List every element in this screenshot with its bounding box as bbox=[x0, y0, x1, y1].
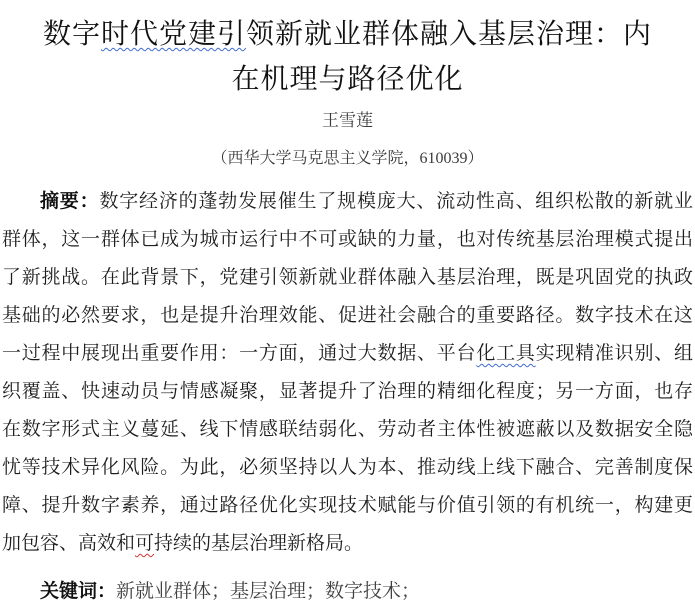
keywords-text: 新就业群体；基层治理；数字技术； bbox=[116, 581, 420, 602]
paper-title-line-1: 数字时代党建引领新就业群体融入基层治理：内 bbox=[0, 12, 695, 57]
abstract-line: 了新挑战。在此背景下，党建引领新就业群体融入基层治理，既是巩固党的执政 bbox=[2, 259, 693, 297]
text-segment: 忧等技术异化风险。为此，必须坚持以人为本、推动线上线下融合、完善制度保 bbox=[2, 457, 693, 478]
spellcheck-underline-text: 可 bbox=[135, 533, 154, 554]
document-page[interactable]: 数字时代党建引领新就业群体融入基层治理：内 在机理与路径优化 王雪莲 （西华大学… bbox=[0, 0, 695, 616]
bold-text-segment: 摘要： bbox=[40, 191, 99, 212]
spellcheck-underline-text: 化工具 bbox=[476, 343, 535, 364]
keywords-label: 关键词： bbox=[40, 581, 116, 602]
author-affiliation: （西华大学马克思主义学院，610039） bbox=[0, 147, 695, 171]
abstract-line: 摘要：数字经济的蓬勃发展催生了规模庞大、流动性高、组织松散的新就业 bbox=[2, 183, 693, 221]
abstract-line: 加包容、高效和可持续的基层治理新格局。 bbox=[2, 525, 693, 563]
text-segment: 领新就业群体融入基层治理：内 bbox=[246, 19, 652, 50]
text-segment: 障、提升数字素养，通过路径优化实现技术赋能与价值引领的有机统一，构建更 bbox=[2, 495, 693, 516]
text-segment: 织覆盖、快速动员与情感凝聚，显著提升了治理的精细化程度；另一方面，也存 bbox=[2, 381, 693, 402]
text-segment: 数字 bbox=[43, 19, 101, 50]
text-segment: 一过程中展现出重要作用：一方面，通过大数据、平台 bbox=[2, 343, 476, 364]
paper-title-line-2: 在机理与路径优化 bbox=[0, 57, 695, 102]
text-segment: 加包容、高效和 bbox=[2, 533, 135, 554]
abstract-line: 在数字形式主义蔓延、线下情感联结弱化、劳动者主体性被遮蔽以及数据安全隐 bbox=[2, 411, 693, 449]
abstract-line: 群体，这一群体已成为城市运行中不可或缺的力量，也对传统基层治理模式提出 bbox=[2, 221, 693, 259]
abstract-line: 基础的必然要求，也是提升治理效能、促进社会融合的重要路径。数字技术在这 bbox=[2, 297, 693, 335]
keywords-line: 关键词：新就业群体；基层治理；数字技术； bbox=[0, 573, 695, 611]
abstract-line: 织覆盖、快速动员与情感凝聚，显著提升了治理的精细化程度；另一方面，也存 bbox=[2, 373, 693, 411]
text-segment: 基础的必然要求，也是提升治理效能、促进社会融合的重要路径。数字技术在这 bbox=[2, 305, 693, 326]
abstract: 摘要：数字经济的蓬勃发展催生了规模庞大、流动性高、组织松散的新就业群体，这一群体… bbox=[0, 183, 695, 563]
paper-title: 数字时代党建引领新就业群体融入基层治理：内 在机理与路径优化 bbox=[0, 12, 695, 102]
text-segment: 了新挑战。在此背景下，党建引领新就业群体融入基层治理，既是巩固党的执政 bbox=[2, 267, 693, 288]
text-segment: 实现精准识别、组 bbox=[536, 343, 693, 364]
spellcheck-underline-text: 时代党建引 bbox=[101, 19, 246, 50]
text-segment: 持续的基层治理新格局。 bbox=[154, 533, 363, 554]
text-segment: 数字经济的蓬勃发展催生了规模庞大、流动性高、组织松散的新就业 bbox=[99, 191, 693, 212]
abstract-line: 一过程中展现出重要作用：一方面，通过大数据、平台化工具实现精准识别、组 bbox=[2, 335, 693, 373]
text-segment: 在数字形式主义蔓延、线下情感联结弱化、劳动者主体性被遮蔽以及数据安全隐 bbox=[2, 419, 693, 440]
abstract-line: 障、提升数字素养，通过路径优化实现技术赋能与价值引领的有机统一，构建更 bbox=[2, 487, 693, 525]
author-name: 王雪莲 bbox=[0, 109, 695, 133]
text-segment: 群体，这一群体已成为城市运行中不可或缺的力量，也对传统基层治理模式提出 bbox=[2, 229, 693, 250]
abstract-line: 忧等技术异化风险。为此，必须坚持以人为本、推动线上线下融合、完善制度保 bbox=[2, 449, 693, 487]
